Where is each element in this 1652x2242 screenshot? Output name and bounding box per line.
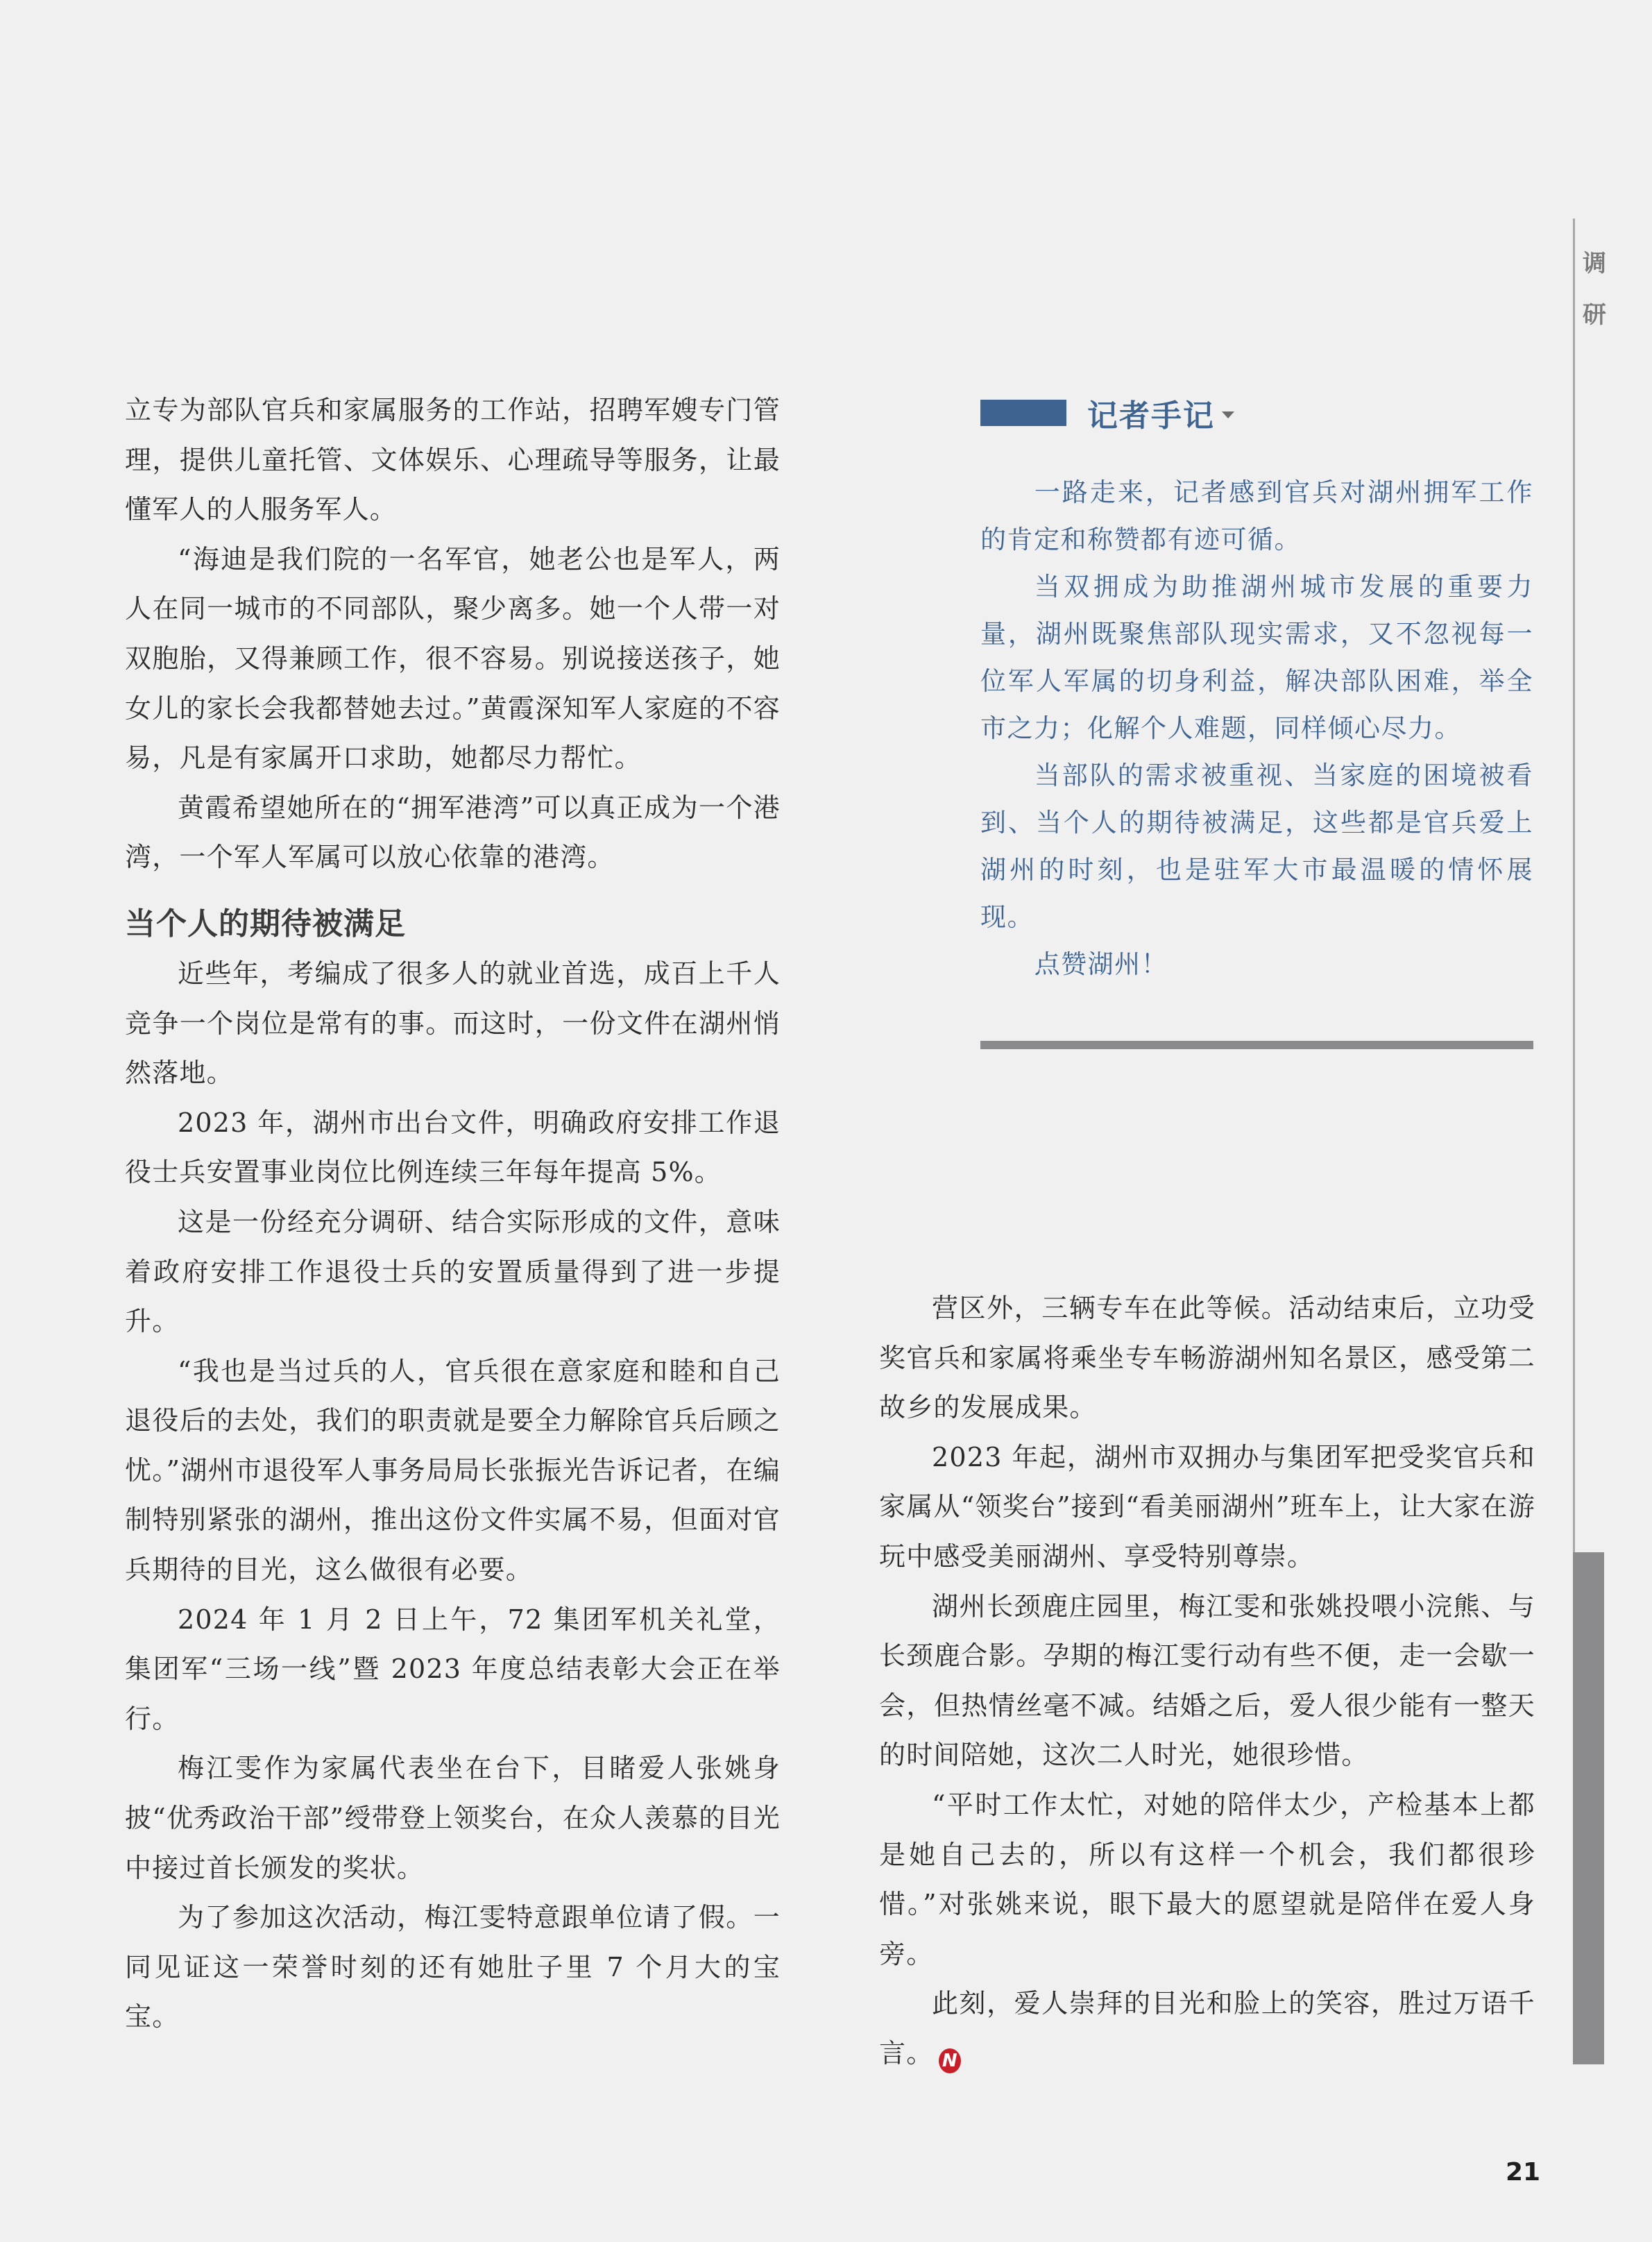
paragraph: 湖州长颈鹿庄园里，梅江雯和张姚投喂小浣熊、与长颈鹿合影。孕期的梅江雯行动有些不便… (879, 1582, 1535, 1781)
note-paragraph: 当双拥成为助推湖州城市发展的重要力量，湖州既聚焦部队现实需求，又不忽视每一位军人… (980, 563, 1533, 752)
paragraph: 立专为部队官兵和家属服务的工作站，招聘军嫂专门管理，提供儿童托管、文体娱乐、心理… (125, 386, 781, 535)
paragraph: 黄霞希望她所在的“拥军港湾”可以真正成为一个港湾，一个军人军属可以放心依靠的港湾… (125, 783, 781, 883)
reporter-note-body: 一路走来，记者感到官兵对湖州拥军工作的肯定和称赞都有迹可循。 当双拥成为助推湖州… (980, 469, 1533, 988)
reporter-note-box: 记者手记 一路走来，记者感到官兵对湖州拥军工作的肯定和称赞都有迹可循。 当双拥成… (980, 389, 1533, 988)
paragraph: 近些年，考编成了很多人的就业首选，成百上千人竞争一个岗位是常有的事。而这时，一份… (125, 949, 781, 1098)
note-paragraph: 当部队的需求被重视、当家庭的困境被看到、当个人的期待被满足，这些都是官兵爱上湖州… (980, 752, 1533, 941)
reporter-note-header: 记者手记 (980, 389, 1533, 437)
paragraph: “海迪是我们院的一名军官，她老公也是军人，两人在同一城市的不同部队，聚少离多。她… (125, 535, 781, 783)
triangle-marker-icon (1222, 411, 1234, 418)
margin-thumb-bar (1573, 1552, 1604, 2064)
paragraph: 这是一份经充分调研、结合实际形成的文件，意味着政府安排工作退役士兵的安置质量得到… (125, 1198, 781, 1347)
accent-bar (980, 400, 1066, 426)
paragraph: “我也是当过兵的人，官兵很在意家庭和睦和自己退役后的去处，我们的职责就是要全力解… (125, 1347, 781, 1595)
right-column: 营区外，三辆专车在此等候。活动结束后，立功受奖官兵和家属将乘坐专车畅游湖州知名景… (879, 1284, 1535, 2079)
paragraph-final: 此刻，爱人崇拜的目光和脸上的笑容，胜过万语千言。N (879, 1979, 1535, 2078)
section-heading: 当个人的期待被满足 (125, 902, 781, 946)
paragraph: 为了参加这次活动，梅江雯特意跟单位请了假。一同见证这一荣誉时刻的还有她肚子里 7… (125, 1893, 781, 2042)
paragraph: 梅江雯作为家属代表坐在台下，目睹爱人张姚身披“优秀政治干部”绶带登上领奖台，在众… (125, 1744, 781, 1893)
note-paragraph: 点赞湖州！ (980, 941, 1533, 988)
paragraph-text: 此刻，爱人崇拜的目光和脸上的笑容，胜过万语千言。 (879, 1988, 1535, 2069)
note-paragraph: 一路走来，记者感到官兵对湖州拥军工作的肯定和称赞都有迹可循。 (980, 469, 1533, 563)
paragraph: 2024 年 1 月 2 日上午，72 集团军机关礼堂，集团军“三场一线”暨 2… (125, 1595, 781, 1744)
paragraph: 营区外，三辆专车在此等候。活动结束后，立功受奖官兵和家属将乘坐专车畅游湖州知名景… (879, 1284, 1535, 1433)
section-tab-char: 调 (1579, 244, 1610, 278)
paragraph: 2023 年，湖州市出台文件，明确政府安排工作退役士兵安置事业岗位比例连续三年每… (125, 1098, 781, 1198)
paragraph: “平时工作太忙，对她的陪伴太少，产检基本上都是她自己去的，所以有这样一个机会，我… (879, 1781, 1535, 1979)
reporter-note-title: 记者手记 (1087, 391, 1215, 435)
section-tab-char: 研 (1579, 296, 1610, 330)
end-of-article-icon: N (939, 2048, 961, 2073)
paragraph: 2023 年起，湖州市双拥办与集团军把受奖官兵和家属从“领奖台”接到“看美丽湖州… (879, 1433, 1535, 1582)
left-column: 立专为部队官兵和家属服务的工作站，招聘军嫂专门管理，提供儿童托管、文体娱乐、心理… (125, 386, 781, 2042)
margin-rule (1573, 219, 1575, 1565)
page-number: 21 (1506, 2158, 1540, 2186)
note-bottom-rule (980, 1041, 1533, 1049)
